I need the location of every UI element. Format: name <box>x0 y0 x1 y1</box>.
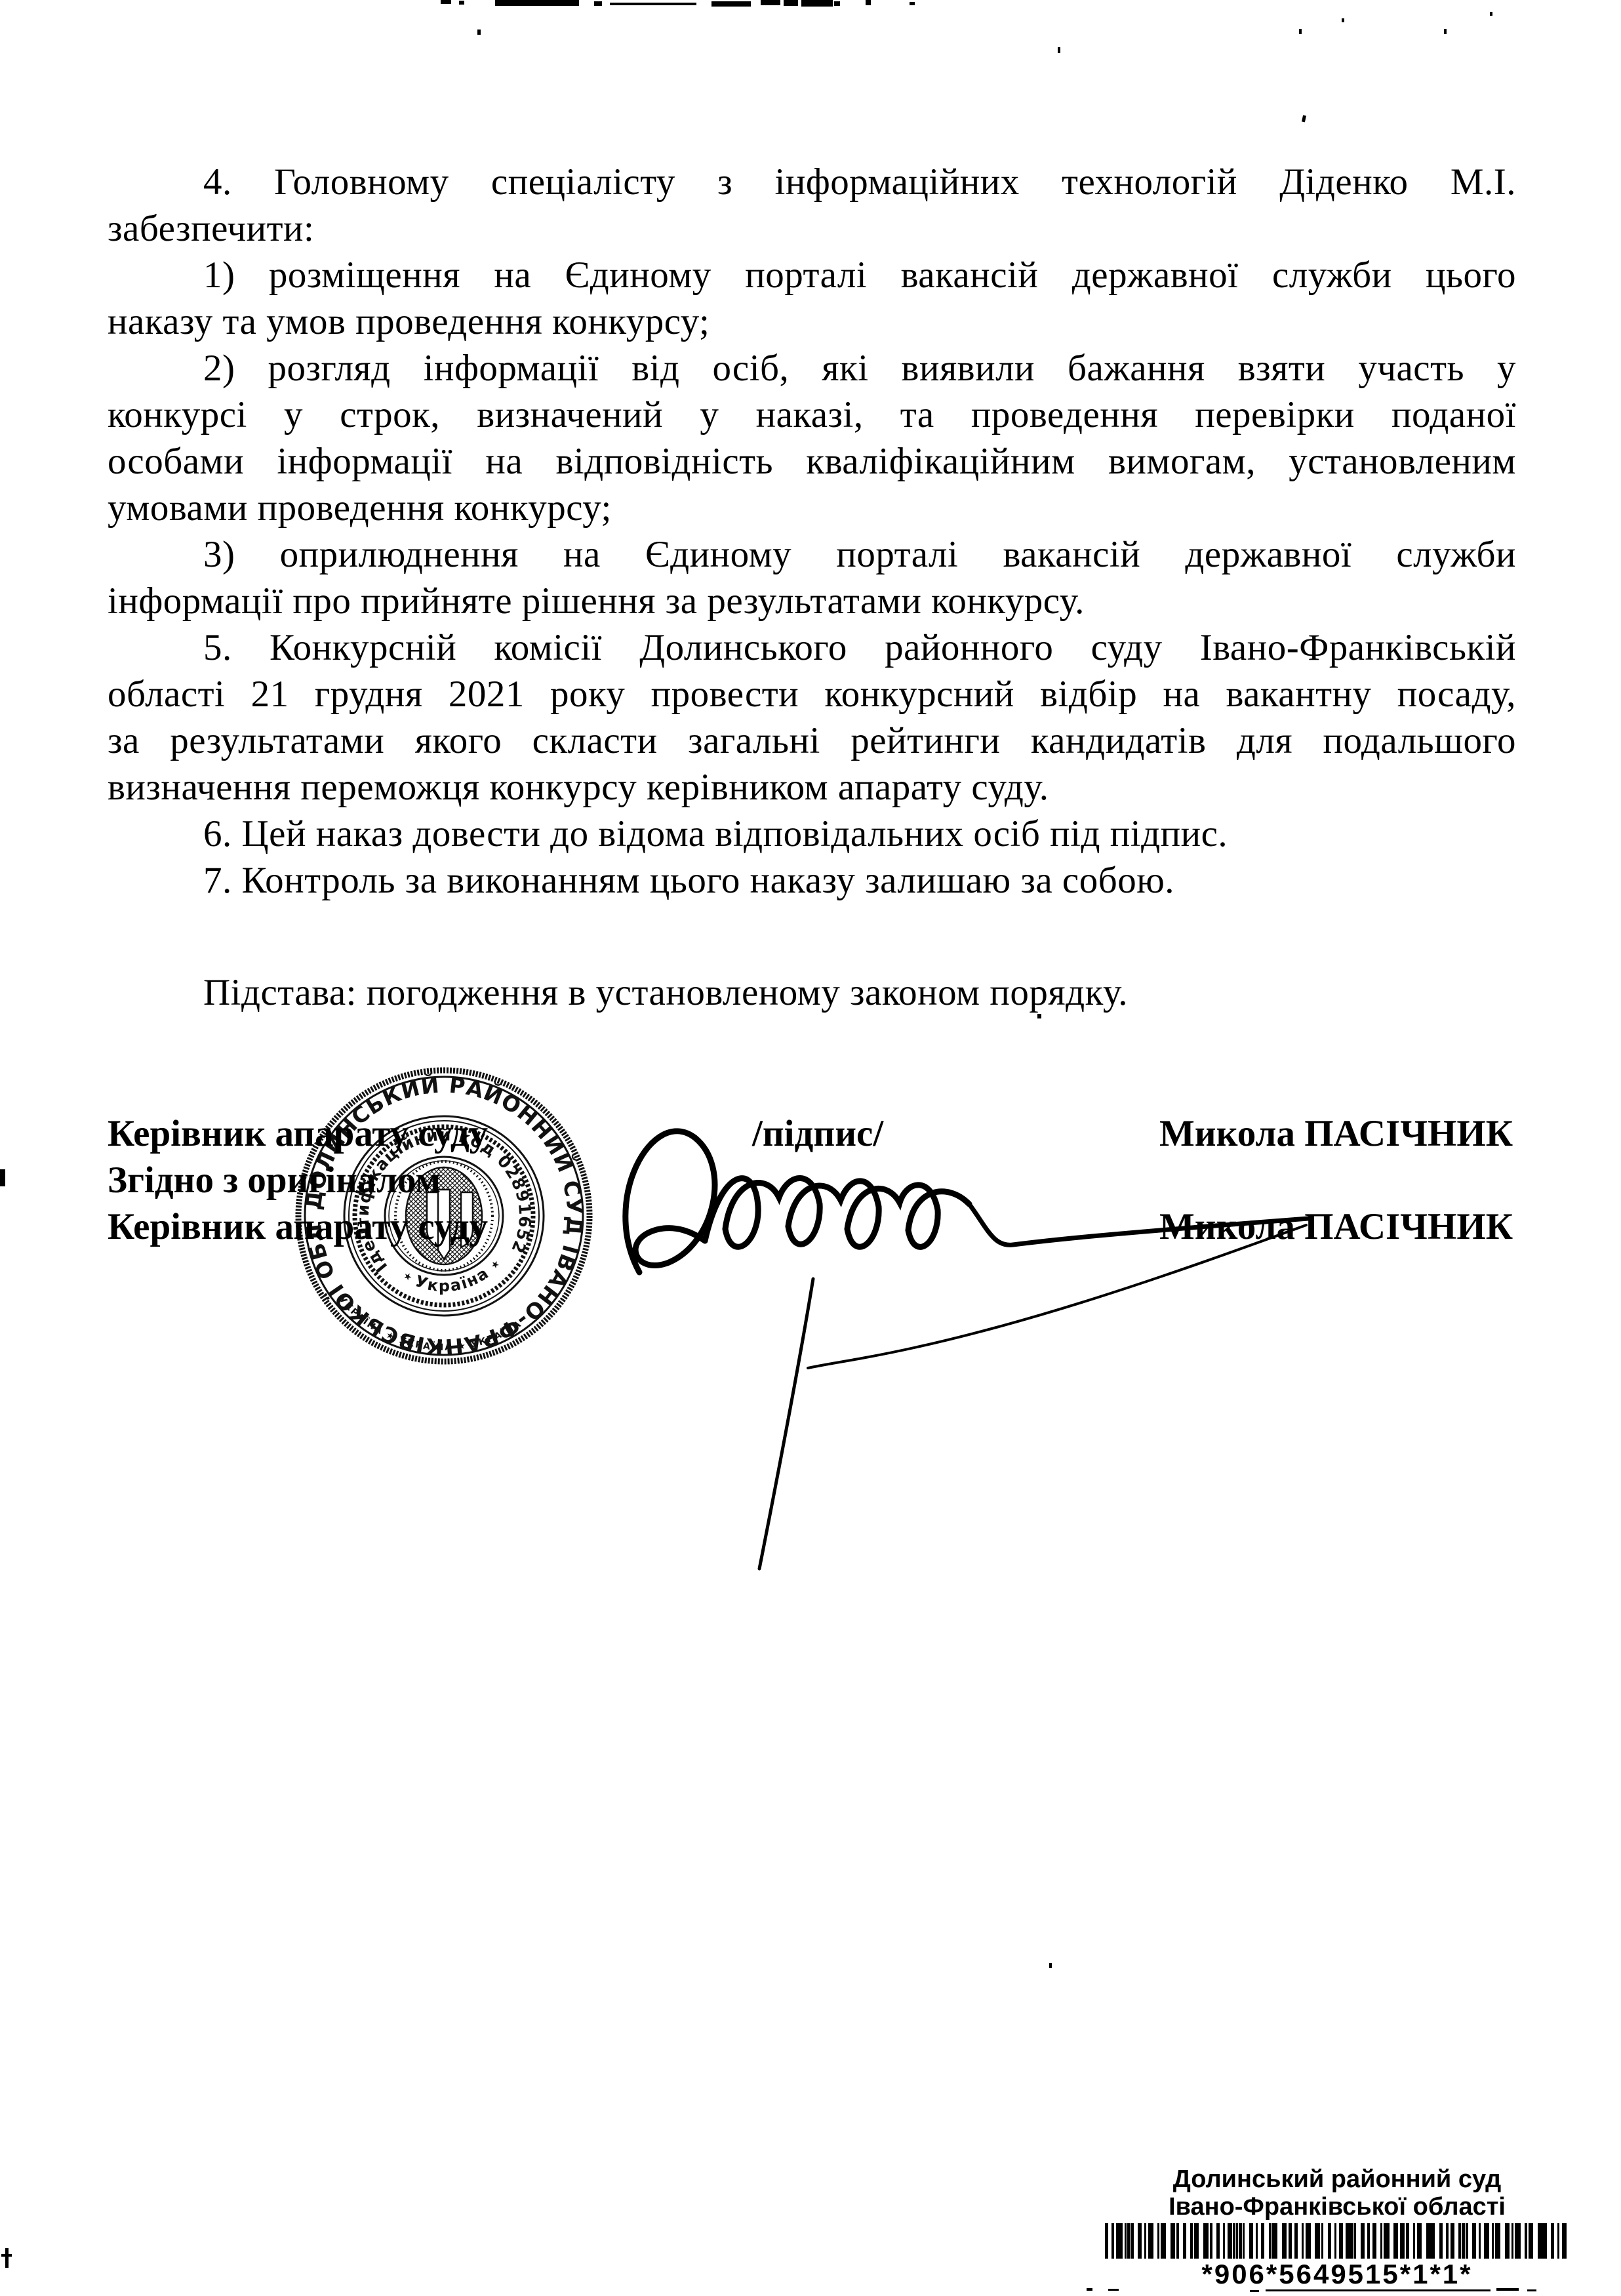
body-line: конкурсі у строк, визначений у наказі, т… <box>108 392 1516 438</box>
scan-artifact <box>594 1 602 6</box>
scan-artifact <box>801 0 833 7</box>
barcode-value: *906*5649515*1*1* <box>1105 2259 1569 2290</box>
scan-artifact <box>1299 29 1302 34</box>
body-line: 1) розміщення на Єдиному порталі вакансі… <box>108 252 1516 298</box>
body-line: 6. Цей наказ довести до відома відповіда… <box>108 811 1516 857</box>
body-line: умовами проведення конкурсу; <box>108 485 1516 531</box>
scan-artifact <box>1049 1963 1052 1968</box>
barcode <box>1105 2223 1569 2259</box>
scan-artifact <box>441 0 451 4</box>
body-line: особами інформації на відповідність квал… <box>108 438 1516 485</box>
scan-artifact <box>834 1 840 6</box>
body-line: забезпечити: <box>108 205 1516 252</box>
body-line: 7. Контроль за виконанням цього наказу з… <box>108 857 1516 904</box>
scan-artifact <box>610 3 696 5</box>
scan-artifact <box>1342 18 1344 22</box>
signer-role: Керівник апарату суду <box>108 1110 488 1157</box>
certified-copy-note: Згідно з оригіналом <box>108 1157 441 1203</box>
scan-artifact <box>866 0 871 5</box>
scan-artifact <box>5 2248 9 2268</box>
scan-artifact <box>459 1 464 5</box>
scan-artifact <box>1302 115 1306 123</box>
footer-barcode-block: Долинський районний суд Івано-Франківськ… <box>1105 2165 1569 2290</box>
body-line: за результатами якого скласти загальні р… <box>108 717 1516 764</box>
scan-artifact <box>477 30 481 35</box>
scan-artifact <box>1 2254 12 2257</box>
scanned-document-page: 4. Головному спеціалісту з інформаційних… <box>0 0 1621 2296</box>
scan-artifact <box>910 2 915 5</box>
body-line: визначення переможця конкурсу керівником… <box>108 764 1516 811</box>
body-line: інформації про прийняте рішення за резул… <box>108 578 1516 624</box>
scan-artifact <box>1087 2288 1092 2291</box>
scan-artifact <box>1444 29 1447 34</box>
signer-role: Керівник апарату суду <box>108 1203 488 1250</box>
scan-artifact <box>0 1169 5 1186</box>
scan-artifact <box>1058 47 1060 53</box>
basis-line: Підстава: погодження в установленому зак… <box>108 969 1612 1016</box>
body-line: наказу та умов проведення конкурсу; <box>108 298 1516 345</box>
body-line: 4. Головному спеціалісту з інформаційних… <box>108 159 1516 205</box>
body-line: області 21 грудня 2021 року провести кон… <box>108 671 1516 717</box>
scan-artifact <box>495 0 579 6</box>
body-line: 3) оприлюднення на Єдиному порталі вакан… <box>108 531 1516 578</box>
scan-artifact <box>784 0 798 6</box>
handwritten-signature <box>590 1076 1344 1600</box>
body-line: 2) розгляд інформації від осіб, які вияв… <box>108 345 1516 392</box>
footer-court-region: Івано-Франківської області <box>1105 2193 1569 2221</box>
scan-artifact <box>1490 12 1492 16</box>
scan-artifact <box>711 1 751 7</box>
order-body-text: 4. Головному спеціалісту з інформаційних… <box>108 159 1516 904</box>
footer-court-name: Долинський районний суд <box>1105 2165 1569 2193</box>
scan-artifact <box>761 0 780 5</box>
body-line: 5. Конкурсній комісії Долинського районн… <box>108 624 1516 671</box>
scan-artifact <box>1250 2290 1259 2292</box>
